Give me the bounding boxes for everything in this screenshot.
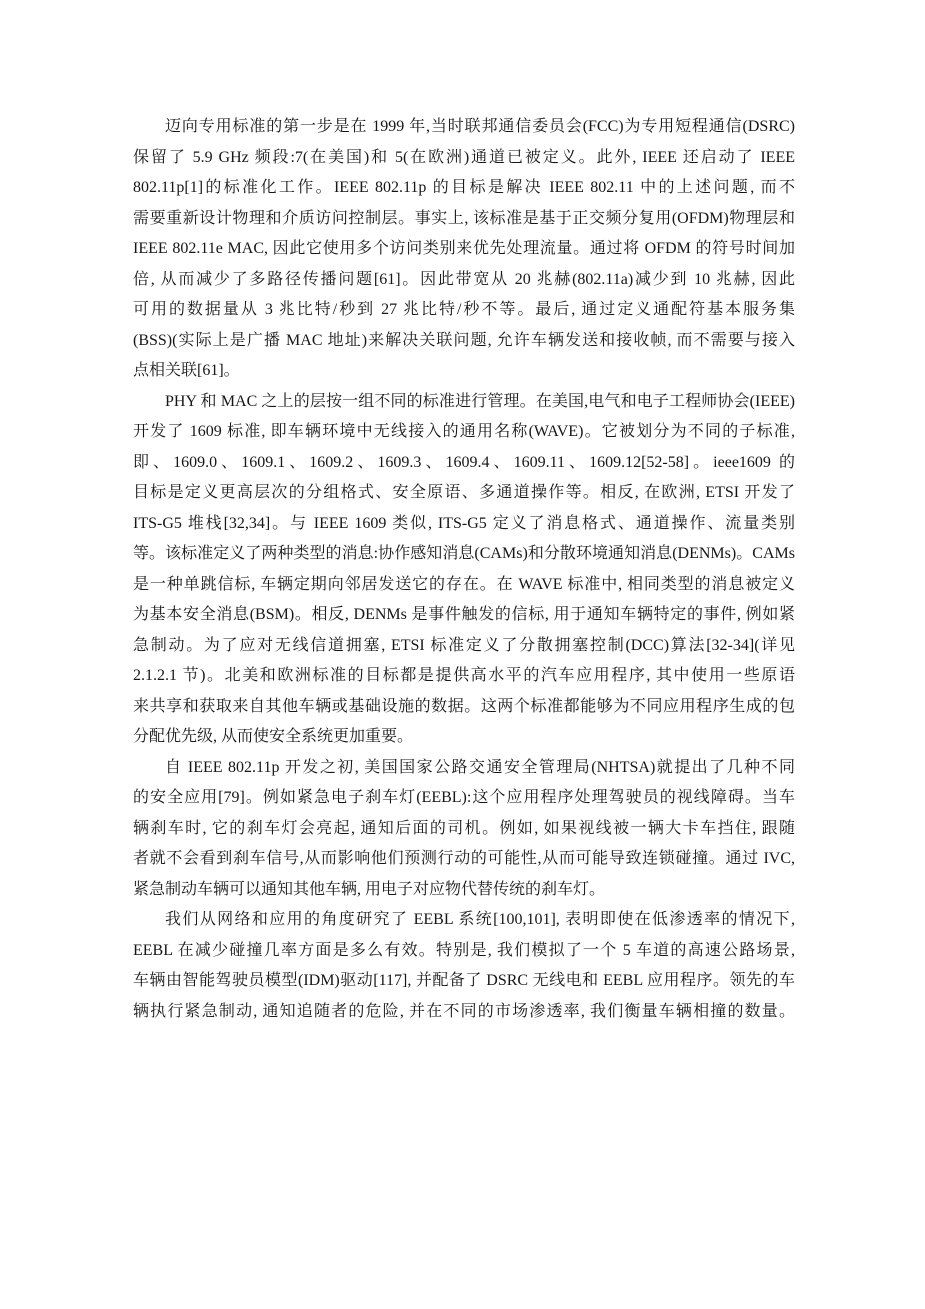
text-line: 自 IEEE 802.11p 开发之初, 美国国家公路交通安全管理局(NHTSA… xyxy=(133,753,795,784)
text-line: 即、1609.0、1609.1、1609.2、1609.3、1609.4、160… xyxy=(133,448,795,479)
text-line: 的安全应用[79]。例如紧急电子刹车灯(EEBL):这个应用程序处理驾驶员的视线… xyxy=(133,783,795,814)
text-line: 辆执行紧急制动, 通知追随者的危险, 并在不同的市场渗透率, 我们衡量车辆相撞的… xyxy=(133,997,795,1028)
text-line: 2.1.2.1 节)。北美和欧洲标准的目标都是提供高水平的汽车应用程序, 其中使… xyxy=(133,661,795,692)
text-line: 需要重新设计物理和介质访问控制层。事实上, 该标准是基于正交频分复用(OFDM)… xyxy=(133,204,795,235)
text-line: 者就不会看到刹车信号,从而影响他们预测行动的可能性,从而可能导致连锁碰撞。通过 … xyxy=(133,844,795,875)
text-line: 分配优先级, 从而使安全系统更加重要。 xyxy=(133,722,795,753)
text-line: 为基本安全消息(BSM)。相反, DENMs 是事件触发的信标, 用于通知车辆特… xyxy=(133,600,795,631)
paragraph-3: 自 IEEE 802.11p 开发之初, 美国国家公路交通安全管理局(NHTSA… xyxy=(133,753,795,906)
text-line: 等。该标准定义了两种类型的消息:协作感知消息(CAMs)和分散环境通知消息(DE… xyxy=(133,539,795,570)
text-line: 我们从网络和应用的角度研究了 EEBL 系统[100,101], 表明即使在低渗… xyxy=(133,905,795,936)
text-line: 迈向专用标准的第一步是在 1999 年,当时联邦通信委员会(FCC)为专用短程通… xyxy=(133,112,795,143)
text-line: (BSS)(实际上是广播 MAC 地址)来解决关联问题, 允许车辆发送和接收帧,… xyxy=(133,326,795,357)
text-line: EEBL 在减少碰撞几率方面是多么有效。特别是, 我们模拟了一个 5 车道的高速… xyxy=(133,936,795,967)
paragraph-4: 我们从网络和应用的角度研究了 EEBL 系统[100,101], 表明即使在低渗… xyxy=(133,905,795,1027)
text-line: 紧急制动车辆可以通知其他车辆, 用电子对应物代替传统的刹车灯。 xyxy=(133,875,795,906)
text-line: 是一种单跳信标, 车辆定期向邻居发送它的存在。在 WAVE 标准中, 相同类型的… xyxy=(133,570,795,601)
text-line: 急制动。为了应对无线信道拥塞, ETSI 标准定义了分散拥塞控制(DCC)算法[… xyxy=(133,631,795,662)
text-line: PHY 和 MAC 之上的层按一组不同的标准进行管理。在美国,电气和电子工程师协… xyxy=(133,387,795,418)
text-line: 目标是定义更高层次的分组格式、安全原语、多通道操作等。相反, 在欧洲, ETSI… xyxy=(133,478,795,509)
text-line: 开发了 1609 标准, 即车辆环境中无线接入的通用名称(WAVE)。它被划分为… xyxy=(133,417,795,448)
text-line: IEEE 802.11e MAC, 因此它使用多个访问类别来优先处理流量。通过将… xyxy=(133,234,795,265)
text-line: 辆刹车时, 它的刹车灯会亮起, 通知后面的司机。例如, 如果视线被一辆大卡车挡住… xyxy=(133,814,795,845)
text-line: ITS-G5 堆栈[32,34]。与 IEEE 1609 类似, ITS-G5 … xyxy=(133,509,795,540)
document-page: 迈向专用标准的第一步是在 1999 年,当时联邦通信委员会(FCC)为专用短程通… xyxy=(0,0,925,1309)
text-line: 车辆由智能驾驶员模型(IDM)驱动[117], 并配备了 DSRC 无线电和 E… xyxy=(133,966,795,997)
text-line: 来共享和获取来自其他车辆或基础设施的数据。这两个标准都能够为不同应用程序生成的包 xyxy=(133,692,795,723)
paragraph-2: PHY 和 MAC 之上的层按一组不同的标准进行管理。在美国,电气和电子工程师协… xyxy=(133,387,795,753)
text-line: 可用的数据量从 3 兆比特/秒到 27 兆比特/秒不等。最后, 通过定义通配符基… xyxy=(133,295,795,326)
text-line: 倍, 从而减少了多路径传播问题[61]。因此带宽从 20 兆赫(802.11a)… xyxy=(133,265,795,296)
text-line: 802.11p[1]的标准化工作。IEEE 802.11p 的目标是解决 IEE… xyxy=(133,173,795,204)
text-line: 保留了 5.9 GHz 频段:7(在美国)和 5(在欧洲)通道已被定义。此外, … xyxy=(133,143,795,174)
document-text: 迈向专用标准的第一步是在 1999 年,当时联邦通信委员会(FCC)为专用短程通… xyxy=(133,112,795,1027)
text-line: 点相关联[61]。 xyxy=(133,356,795,387)
paragraph-1: 迈向专用标准的第一步是在 1999 年,当时联邦通信委员会(FCC)为专用短程通… xyxy=(133,112,795,387)
